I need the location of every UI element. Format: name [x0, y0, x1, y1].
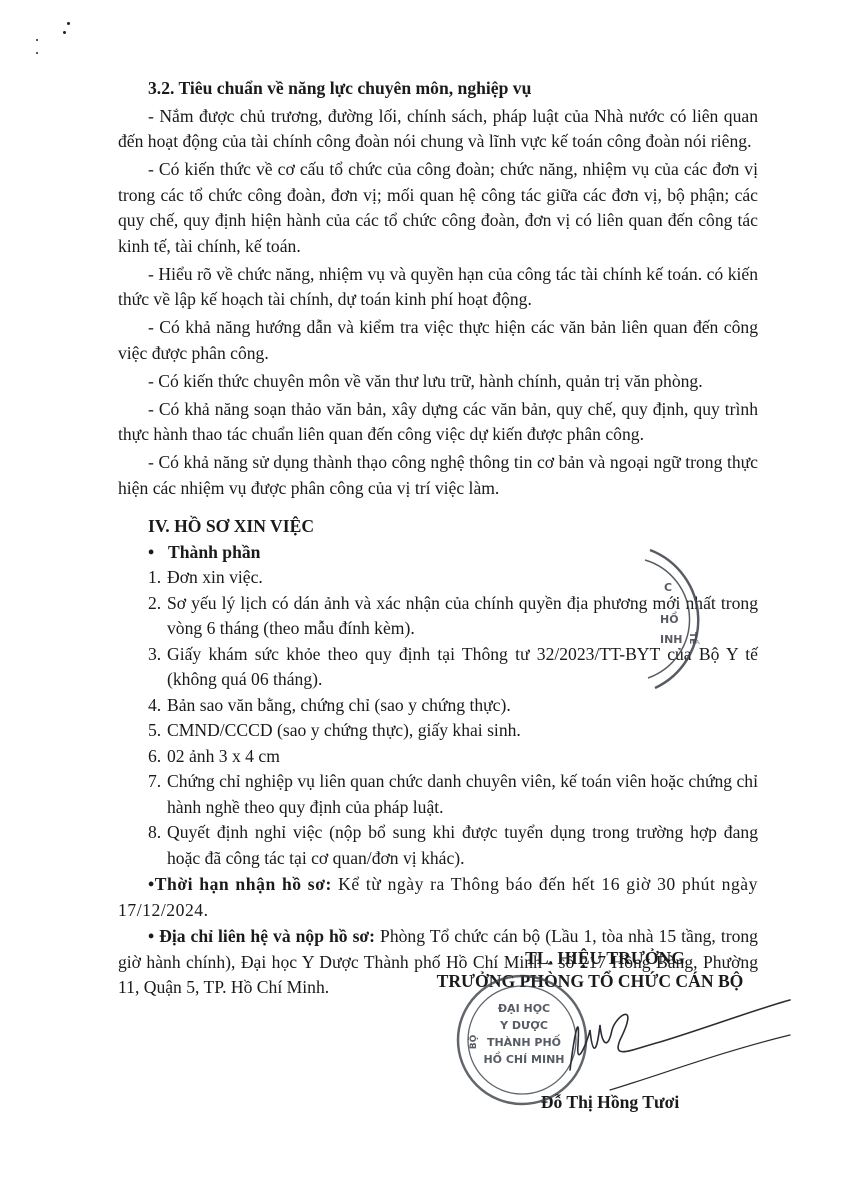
paragraph: - Hiểu rõ về chức năng, nhiệm vụ và quyề…: [118, 262, 758, 313]
paragraph: - Có kiến thức về cơ cấu tổ chức của côn…: [118, 157, 758, 259]
partial-stamp-icon: C HỒ INH TẾ: [560, 540, 720, 700]
svg-text:BỘ: BỘ: [468, 1034, 479, 1049]
paragraph: - Có khả năng hướng dẫn và kiểm tra việc…: [118, 315, 758, 366]
svg-text:C: C: [664, 581, 672, 594]
section-3-2-heading: 3.2. Tiêu chuẩn về năng lực chuyên môn, …: [148, 76, 758, 102]
deadline-note: •Thời hạn nhận hồ sơ: Kể từ ngày ra Thôn…: [118, 872, 758, 923]
svg-text:Y DƯỢC: Y DƯỢC: [499, 1019, 548, 1032]
section-4-heading: IV. HỒ SƠ XIN VIỆC: [148, 514, 758, 540]
paragraph: - Nắm được chủ trương, đường lối, chính …: [118, 104, 758, 155]
list-item: 6.02 ảnh 3 x 4 cm: [148, 744, 758, 770]
paragraph: - Có kiến thức chuyên môn về văn thư lưu…: [118, 369, 758, 395]
svg-text:INH: INH: [660, 633, 683, 646]
handwritten-signature-icon: [550, 990, 800, 1100]
list-item: 8.Quyết định nghỉ việc (nộp bổ sung khi …: [148, 820, 758, 871]
svg-text:ĐẠI HỌC: ĐẠI HỌC: [498, 1002, 550, 1015]
bullet-icon: •: [148, 540, 168, 566]
signature-title-1: TL. HIỆU TRƯỞNG: [400, 947, 780, 970]
paragraph: - Có khả năng soạn thảo văn bản, xây dựn…: [118, 397, 758, 448]
document-body: 3.2. Tiêu chuẩn về năng lực chuyên môn, …: [118, 76, 758, 1001]
list-item: 7.Chứng chỉ nghiệp vụ liên quan chức dan…: [148, 769, 758, 820]
paragraph: - Có khả năng sử dụng thành thạo công ng…: [118, 450, 758, 501]
document-page: 3.2. Tiêu chuẩn về năng lực chuyên môn, …: [0, 0, 849, 1200]
svg-text:HỒ: HỒ: [660, 611, 679, 626]
list-item: 5.CMND/CCCD (sao y chứng thực), giấy kha…: [148, 718, 758, 744]
